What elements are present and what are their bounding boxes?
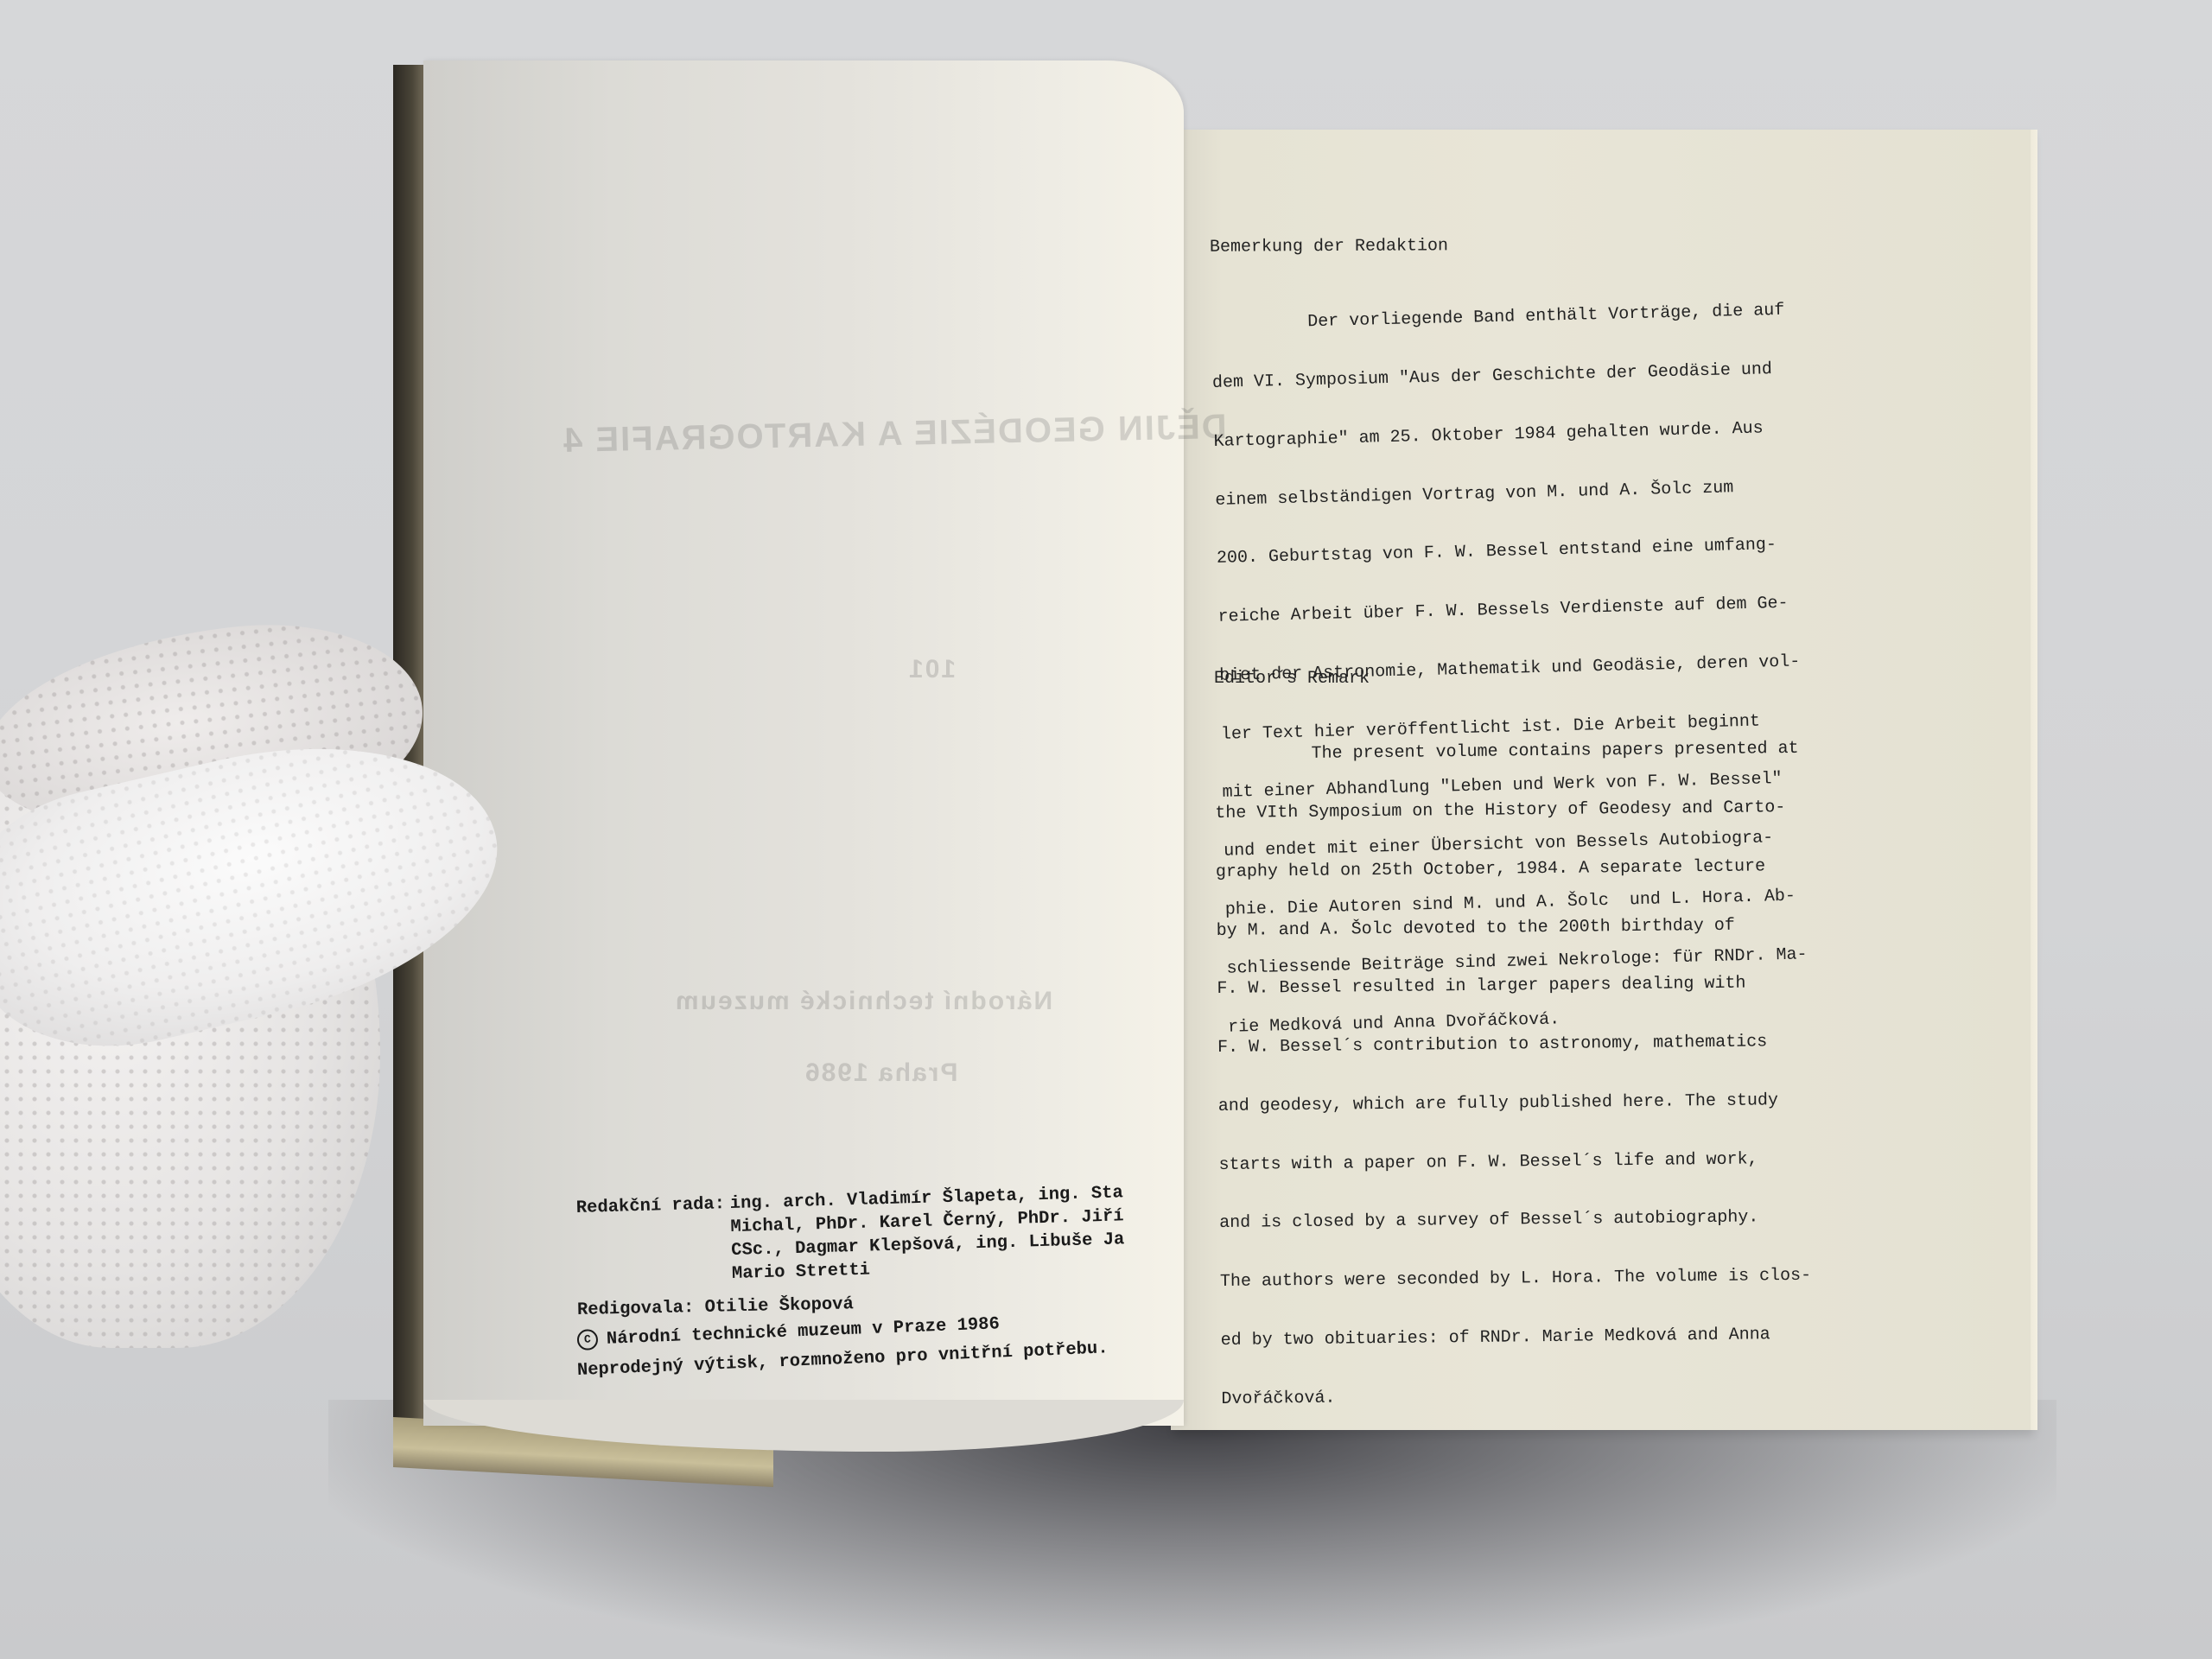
text-line: einem selbständigen Vortrag von M. und A…: [1215, 477, 1796, 511]
text-line: F. W. Bessel´s contribution to astronomy…: [1217, 1033, 1808, 1058]
show-through-publisher: Národní technické muzeum: [674, 987, 1052, 1016]
text-line: and is closed by a survey of Bessel´s au…: [1219, 1208, 1810, 1234]
text-line: starts with a paper on F. W. Bessel´s li…: [1218, 1149, 1809, 1175]
imprint-block: Redakční rada: ing. arch. Vladimír Šlape…: [577, 1197, 1199, 1382]
edited-by-label: Redigovala:: [577, 1298, 695, 1320]
copyright-icon: C: [577, 1329, 599, 1351]
text-line: ed by two obituaries: of RNDr. Marie Med…: [1221, 1325, 1812, 1351]
editorial-board: Redakční rada: ing. arch. Vladimír Šlape…: [575, 1179, 1200, 1290]
text-line: 200. Geburtstag von F. W. Bessel entstan…: [1217, 536, 1797, 569]
text-line: The present volume contains papers prese…: [1214, 740, 1805, 766]
text-line: The authors were seconded by L. Hora. Th…: [1220, 1267, 1811, 1293]
text-line: dem VI. Symposium "Aus der Geschichte de…: [1212, 360, 1793, 394]
german-heading: Bemerkung der Redaktion: [1210, 237, 1448, 257]
gloved-hand: [0, 596, 536, 1374]
text-line: F. W. Bessel resulted in larger papers d…: [1217, 974, 1808, 1000]
text-line: Der vorliegende Band enthält Vorträge, d…: [1211, 302, 1791, 335]
text-line: graphy held on 25th October, 1984. A sep…: [1216, 857, 1807, 883]
edited-by-name: Otilie Škopová: [704, 1294, 854, 1318]
show-through-number: 101: [907, 655, 956, 684]
show-through-place-year: Praha 1986: [804, 1058, 957, 1088]
english-heading: Editor´s Remark: [1214, 670, 1370, 690]
text-line: Kartographie" am 25. Oktober 1984 gehalt…: [1213, 418, 1794, 452]
english-paragraph: The present volume contains papers prese…: [1214, 701, 1813, 1429]
text-line: Dvořáčková.: [1221, 1384, 1812, 1410]
text-line: reiche Arbeit über F. W. Bessels Verdien…: [1217, 594, 1798, 628]
editorial-board-label: Redakční rada:: [575, 1192, 732, 1290]
editorial-board-members: ing. arch. Vladimír Šlapeta, ing. Sta Mi…: [729, 1181, 1125, 1286]
text-line: the VIth Symposium on the History of Geo…: [1215, 798, 1806, 824]
text-line: and geodesy, which are fully published h…: [1218, 1091, 1809, 1117]
text-line: by M. and A. Šolc devoted to the 200th b…: [1217, 915, 1808, 941]
